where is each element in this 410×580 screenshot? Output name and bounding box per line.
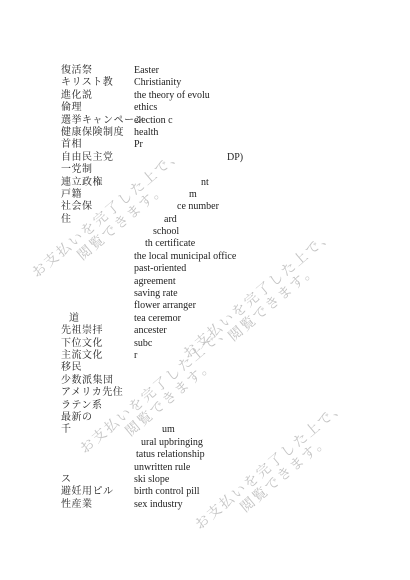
japanese-term: 性産業 bbox=[61, 499, 93, 511]
vocab-row: 戸籍m bbox=[0, 189, 410, 201]
japanese-term: 住 bbox=[61, 214, 72, 226]
japanese-term: 自由民主党 bbox=[61, 152, 114, 164]
english-term: ancester bbox=[134, 325, 167, 337]
vocab-row: saving rate bbox=[0, 288, 410, 300]
vocab-row: 住ard bbox=[0, 214, 410, 226]
english-term: unwritten rule bbox=[134, 462, 190, 474]
japanese-term: 選挙キャンペーン bbox=[61, 115, 145, 127]
vocab-row: 選挙キャンペーンelection c bbox=[0, 115, 410, 127]
english-term: past-oriented bbox=[134, 263, 186, 275]
english-term: tatus relationship bbox=[136, 449, 205, 461]
vocab-row: 千um bbox=[0, 424, 410, 436]
vocab-row: 健康保険制度health bbox=[0, 127, 410, 139]
vocab-row: past-oriented bbox=[0, 263, 410, 275]
japanese-term: 少数派集団 bbox=[61, 375, 114, 387]
vocab-row: the local municipal office bbox=[0, 251, 410, 263]
vocab-row: tatus relationship bbox=[0, 449, 410, 461]
japanese-term: 倫理 bbox=[61, 102, 82, 114]
japanese-term: ラテン系 bbox=[61, 400, 103, 412]
vocab-row: 性産業sex industry bbox=[0, 499, 410, 511]
vocab-row: school bbox=[0, 226, 410, 238]
vocab-row: 連立政権nt bbox=[0, 177, 410, 189]
english-term: election c bbox=[134, 115, 173, 127]
vocab-row: agreement bbox=[0, 276, 410, 288]
japanese-term: 道 bbox=[69, 313, 80, 325]
english-term: sex industry bbox=[134, 499, 183, 511]
english-term: Pr bbox=[134, 139, 143, 151]
japanese-term: 主流文化 bbox=[61, 350, 103, 362]
vocab-row: 倫理ethics bbox=[0, 102, 410, 114]
vocab-row: ラテン系 bbox=[0, 400, 410, 412]
japanese-term: 社会保 bbox=[61, 201, 93, 213]
japanese-term: 下位文化 bbox=[61, 338, 103, 350]
japanese-term: 先祖崇拝 bbox=[61, 325, 103, 337]
english-term: the local municipal office bbox=[134, 251, 236, 263]
english-term: ce number bbox=[177, 201, 219, 213]
english-term: Easter bbox=[134, 65, 159, 77]
english-term: flower arranger bbox=[134, 300, 196, 312]
vocab-row: 少数派集団 bbox=[0, 375, 410, 387]
english-term: ethics bbox=[134, 102, 157, 114]
english-term: Christianity bbox=[134, 77, 181, 89]
japanese-term: キリスト教 bbox=[61, 77, 113, 89]
vocab-row: 避妊用ピルbirth control pill bbox=[0, 486, 410, 498]
vocab-row: flower arranger bbox=[0, 300, 410, 312]
vocab-row: 先祖崇拝ancester bbox=[0, 325, 410, 337]
vocab-row: 首相Pr bbox=[0, 139, 410, 151]
japanese-term: 最新の bbox=[61, 412, 93, 424]
vocab-row: 最新の bbox=[0, 412, 410, 424]
english-term: school bbox=[153, 226, 179, 238]
english-term: ski slope bbox=[134, 474, 169, 486]
japanese-term: ス bbox=[61, 474, 72, 486]
vocab-row: th certificate bbox=[0, 238, 410, 250]
english-term: um bbox=[162, 424, 175, 436]
english-term: the theory of evolu bbox=[134, 90, 210, 102]
vocab-row: キリスト教Christianity bbox=[0, 77, 410, 89]
vocab-row: 下位文化subc bbox=[0, 338, 410, 350]
japanese-term: 千 bbox=[61, 424, 72, 436]
japanese-term: 復活祭 bbox=[61, 65, 93, 77]
vocab-row: ural upbringing bbox=[0, 437, 410, 449]
japanese-term: 首相 bbox=[61, 139, 82, 151]
english-term: nt bbox=[201, 177, 209, 189]
vocab-row: 進化説the theory of evolu bbox=[0, 90, 410, 102]
english-term: birth control pill bbox=[134, 486, 200, 498]
japanese-term: アメリカ先住 bbox=[61, 387, 123, 399]
vocab-row: 道tea ceremor bbox=[0, 313, 410, 325]
japanese-term: 避妊用ピル bbox=[61, 486, 114, 498]
vocab-list: 復活祭Easterキリスト教Christianity進化説the theory … bbox=[0, 65, 410, 511]
vocab-row: 社会保ce number bbox=[0, 201, 410, 213]
english-term: agreement bbox=[134, 276, 176, 288]
document-page: 復活祭Easterキリスト教Christianity進化説the theory … bbox=[0, 0, 410, 580]
vocab-row: 復活祭Easter bbox=[0, 65, 410, 77]
english-term: DP) bbox=[227, 152, 243, 164]
vocab-row: 主流文化r bbox=[0, 350, 410, 362]
english-term: health bbox=[134, 127, 158, 139]
english-term: subc bbox=[134, 338, 152, 350]
vocab-row: 移民 bbox=[0, 362, 410, 374]
vocab-row: スski slope bbox=[0, 474, 410, 486]
japanese-term: 進化説 bbox=[61, 90, 93, 102]
japanese-term: 健康保険制度 bbox=[61, 127, 124, 139]
japanese-term: 連立政権 bbox=[61, 177, 103, 189]
japanese-term: 戸籍 bbox=[61, 189, 82, 201]
english-term: r bbox=[134, 350, 137, 362]
english-term: saving rate bbox=[134, 288, 178, 300]
vocab-row: unwritten rule bbox=[0, 462, 410, 474]
japanese-term: 一党制 bbox=[61, 164, 93, 176]
japanese-term: 移民 bbox=[61, 362, 82, 374]
english-term: th certificate bbox=[145, 238, 195, 250]
english-term: m bbox=[189, 189, 197, 201]
vocab-row: 一党制 bbox=[0, 164, 410, 176]
english-term: ural upbringing bbox=[141, 437, 203, 449]
english-term: ard bbox=[164, 214, 177, 226]
vocab-row: アメリカ先住 bbox=[0, 387, 410, 399]
english-term: tea ceremor bbox=[134, 313, 181, 325]
vocab-row: 自由民主党DP) bbox=[0, 152, 410, 164]
